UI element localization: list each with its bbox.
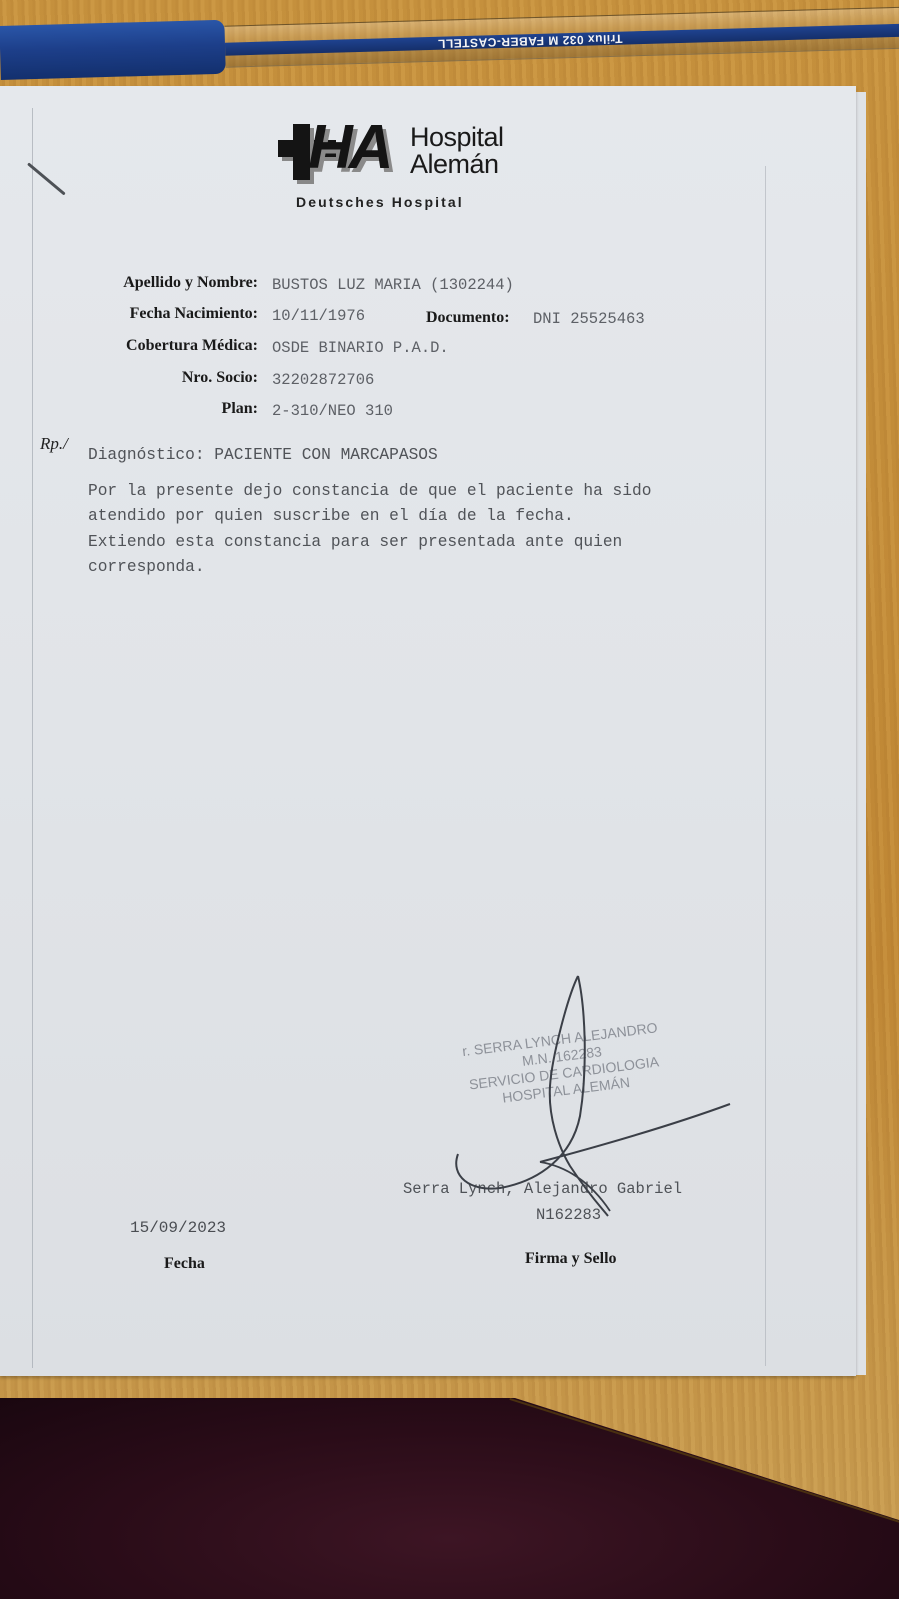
date-label: Fecha — [164, 1255, 205, 1273]
name-value: BUSTOS LUZ MARIA (1302244) — [272, 276, 514, 294]
pen-cap — [0, 20, 226, 80]
member-number-value: 32202872706 — [272, 371, 374, 389]
body-line: Extiendo esta constancia para ser presen… — [88, 533, 622, 551]
body-line: atendido por quien suscribe en el día de… — [88, 507, 574, 525]
coverage-label: Cobertura Médica: — [126, 337, 258, 355]
right-margin-line — [765, 166, 766, 1366]
plan-value: 2-310/NEO 310 — [272, 402, 393, 420]
logo-name-line1: Hospital — [410, 124, 504, 151]
birth-date-label: Fecha Nacimiento: — [130, 305, 258, 323]
member-number-label: Nro. Socio: — [182, 369, 258, 387]
birth-date-value: 10/11/1976 — [272, 307, 365, 325]
diagnosis: Diagnóstico: PACIENTE CON MARCAPASOS — [88, 446, 438, 464]
document-label: Documento: — [426, 309, 510, 327]
logo-name: Hospital Alemán — [410, 124, 504, 178]
rp-label: Rp./ — [40, 434, 68, 454]
date-value: 15/09/2023 — [130, 1219, 226, 1237]
plan-label: Plan: — [222, 400, 258, 418]
hospital-logo: HA Hospital Alemán Deutsches Hospital — [272, 114, 532, 214]
logo-monogram: HA — [308, 108, 390, 188]
logo-name-line2: Alemán — [410, 151, 504, 178]
coverage-value: OSDE BINARIO P.A.D. — [272, 339, 449, 357]
logo-subtitle: Deutsches Hospital — [296, 194, 464, 210]
handwritten-signature-icon — [440, 966, 760, 1226]
medical-certificate: HA Hospital Alemán Deutsches Hospital Ap… — [0, 86, 856, 1376]
name-label: Apellido y Nombre: — [123, 274, 258, 292]
body-line: Por la presente dejo constancia de que e… — [88, 482, 651, 500]
signature-label: Firma y Sello — [525, 1250, 617, 1268]
body-line: corresponda. — [88, 558, 205, 576]
document-value: DNI 25525463 — [533, 310, 645, 328]
left-margin-line — [32, 108, 33, 1368]
